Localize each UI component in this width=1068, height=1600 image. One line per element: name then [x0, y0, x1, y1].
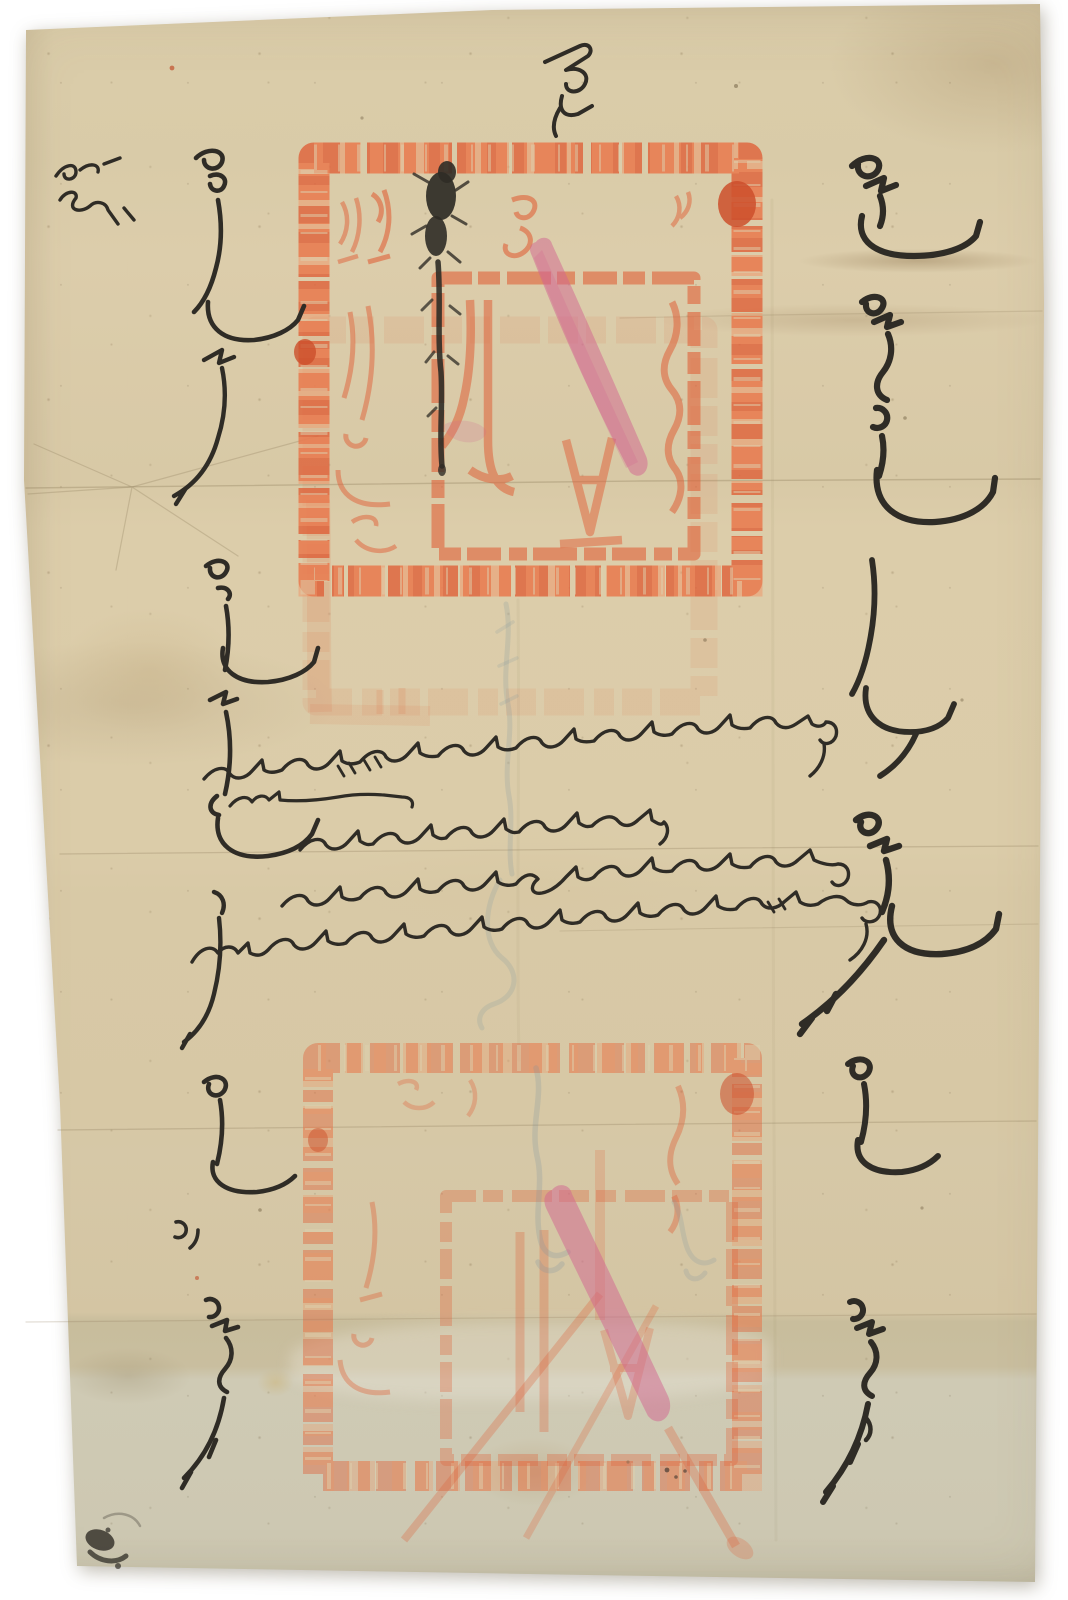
- scanned-document-canvas: [0, 0, 1068, 1600]
- paper-drop-shadow: [0, 0, 1068, 1600]
- manuscript-paper: [0, 0, 1068, 1600]
